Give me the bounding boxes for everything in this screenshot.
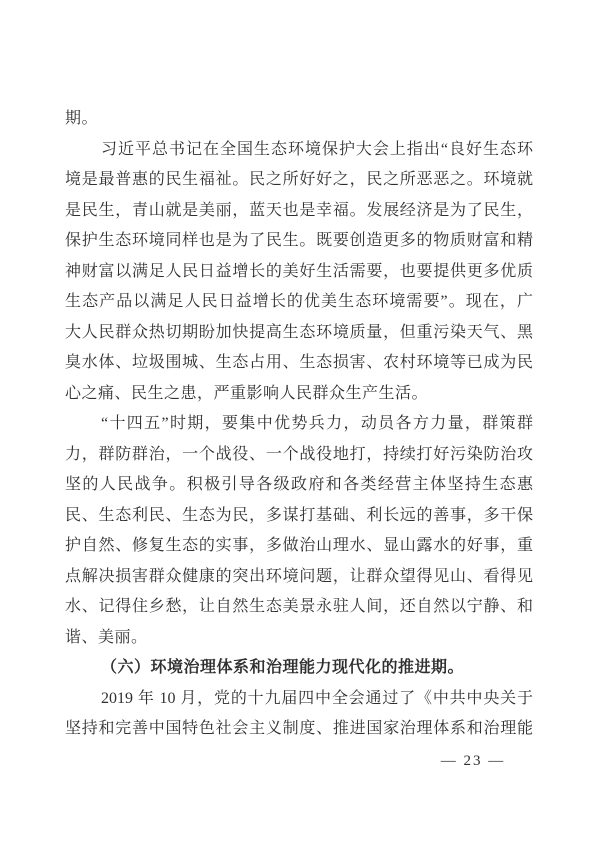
text-line: “十四五”时期，要集中优势兵力，动员各方力量，群策群 — [65, 409, 533, 440]
text-line: 境是最普惠的民生福祉。民之所好好之，民之所恶恶之。环境就 — [65, 165, 533, 196]
text-line: 护自然、修复生态的实事，多做治山理水、显山露水的好事，重 — [65, 531, 533, 562]
text-line: 习近平总书记在全国生态环境保护大会上指出“良好生态环 — [65, 135, 533, 166]
text-line: 保护生态环境同样也是为了民生。既要创造更多的物质财富和精 — [65, 226, 533, 257]
text-line: 神财富以满足人民日益增长的美好生活需要，也要提供更多优质 — [65, 257, 533, 288]
section-heading-line: （六）环境治理体系和治理能力现代化的推进期。 — [65, 653, 533, 684]
text-line: 2019 年 10 月，党的十九届四中全会通过了《中共中央关于 — [65, 684, 533, 715]
text-line: 民、生态利民、生态为民，多谋打基础、利长远的善事，多干保 — [65, 501, 533, 532]
page-body: 期。习近平总书记在全国生态环境保护大会上指出“良好生态环境是最普惠的民生福祉。民… — [65, 104, 533, 745]
text-line: 心之痛、民生之患，严重影响人民群众生产生活。 — [65, 379, 533, 410]
text-line: 是民生，青山就是美丽，蓝天也是幸福。发展经济是为了民生， — [65, 196, 533, 227]
text-line: 谐、美丽。 — [65, 623, 533, 654]
text-line: 水、记得住乡愁，让自然生态美景永驻人间，还自然以宁静、和 — [65, 592, 533, 623]
text-line: 坚的人民战争。积极引导各级政府和各类经营主体坚持生态惠 — [65, 470, 533, 501]
text-line: 生态产品以满足人民日益增长的优美生态环境需要”。现在，广 — [65, 287, 533, 318]
text-line: 点解决损害群众健康的突出环境问题，让群众望得见山、看得见 — [65, 562, 533, 593]
text-line: 大人民群众热切期盼加快提高生态环境质量，但重污染天气、黑 — [65, 318, 533, 349]
text-line: 坚持和完善中国特色社会主义制度、推进国家治理体系和治理能 — [65, 714, 533, 745]
text-line: 力，群防群治，一个战役、一个战役地打，持续打好污染防治攻 — [65, 440, 533, 471]
text-line: 臭水体、垃圾围城、生态占用、生态损害、农村环境等已成为民 — [65, 348, 533, 379]
document-page: 期。习近平总书记在全国生态环境保护大会上指出“良好生态环境是最普惠的民生福祉。民… — [0, 0, 600, 848]
text-line: 期。 — [65, 104, 533, 135]
page-number: — 23 — — [413, 750, 533, 772]
